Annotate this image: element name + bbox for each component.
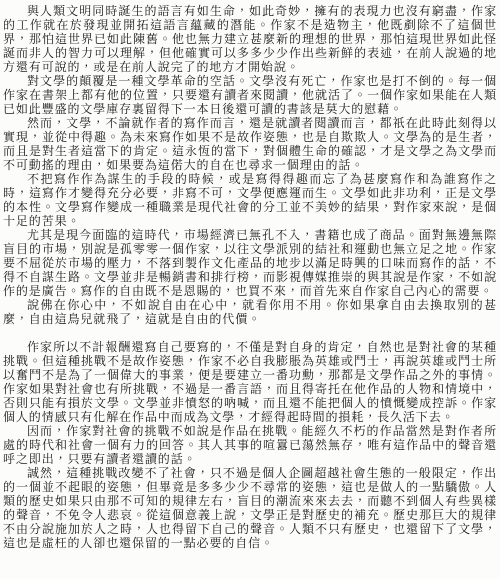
section-break	[3, 326, 497, 340]
paragraph-9: 誠然，這種挑戰改變不了社會，只不過是個人企圖超越社會生態的一般限定，作出的一個並…	[3, 466, 497, 550]
paragraph-1: 與人類文明同時誕生的語言有如生命，如此奇妙，擁有的表現力也沒有窮盡，作家的工作就…	[3, 4, 497, 74]
paragraph-6: 說佛在你心中，不如說自由在心中，就看你用不用。你如果拿自由去換取別的甚麼，自由這…	[3, 298, 497, 326]
paragraph-5: 尤其是現今面臨的這時代，市場經濟已無孔不入，書籍也成了商品。面對無邊無際盲目的市…	[3, 228, 497, 298]
paragraph-2: 對文學的顛覆是一種文學革命的空話。文學沒有死亡，作家也是打不倒的。每一個作家在書…	[3, 74, 497, 116]
paragraph-4: 不把寫作作為謀生的手段的時候，或是寫得得趣而忘了為甚麼寫作和為誰寫作之時，這寫作…	[3, 172, 497, 228]
scanned-page: 與人類文明同時誕生的語言有如生命，如此奇妙，擁有的表現力也沒有窮盡，作家的工作就…	[0, 0, 500, 579]
paragraph-3: 然而，文學，不論就作者的寫作而言，還是就讀者閱讀而言，都祇在此時此刻得以實現，並…	[3, 116, 497, 172]
paragraph-7: 作家所以不計報酬還寫自己要寫的，不僅是對自身的肯定，自然也是對社會的某種挑戰。但…	[3, 340, 497, 424]
paragraph-8: 因而，作家對社會的挑戰不如說是作品在挑戰。能經久不朽的作品當然是對作者所處的時代…	[3, 424, 497, 466]
